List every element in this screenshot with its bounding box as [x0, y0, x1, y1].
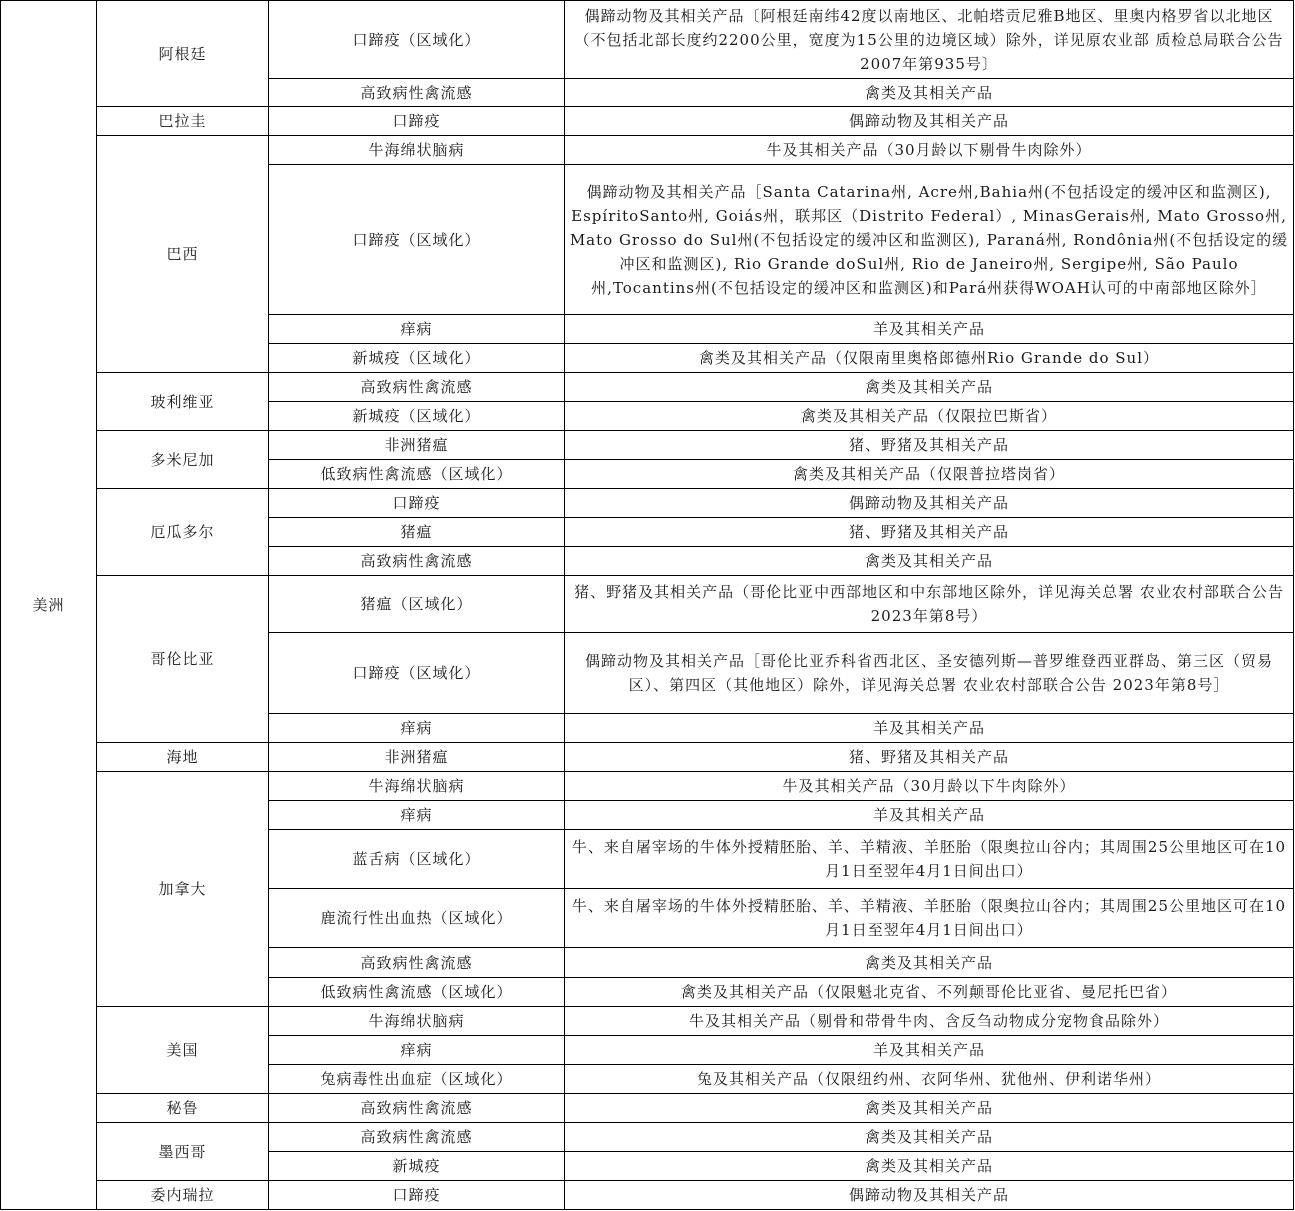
disease-cell: 高致病性禽流感 [269, 948, 565, 978]
disease-cell: 口蹄疫 [269, 1181, 565, 1210]
table-row: 巴西 牛海绵状脑病 牛及其相关产品（30月龄以下剔骨牛肉除外） [1, 136, 1294, 165]
disease-cell: 牛海绵状脑病 [269, 136, 565, 165]
products-cell: 羊及其相关产品 [565, 315, 1294, 344]
disease-cell: 口蹄疫 [269, 489, 565, 518]
products-cell: 禽类及其相关产品 [565, 1123, 1294, 1152]
disease-cell: 痒病 [269, 315, 565, 344]
table-row: 哥伦比亚 猪瘟（区域化） 猪、野猪及其相关产品（哥伦比亚中西部地区和中东部地区除… [1, 576, 1294, 633]
disease-cell: 猪瘟 [269, 518, 565, 547]
disease-cell: 蓝舌病（区域化） [269, 830, 565, 889]
country-cell: 海地 [97, 743, 269, 772]
products-cell: 猪、野猪及其相关产品 [565, 431, 1294, 460]
products-cell: 牛及其相关产品（30月龄以下牛肉除外） [565, 772, 1294, 801]
disease-cell: 低致病性禽流感（区域化） [269, 460, 565, 489]
products-cell: 偶蹄动物及其相关产品 [565, 107, 1294, 136]
table-row: 海地 非洲猪瘟 猪、野猪及其相关产品 [1, 743, 1294, 772]
disease-cell: 口蹄疫（区域化） [269, 633, 565, 714]
table-row: 玻利维亚 高致病性禽流感 禽类及其相关产品 [1, 373, 1294, 402]
disease-cell: 高致病性禽流感 [269, 547, 565, 576]
products-cell: 偶蹄动物及其相关产品 [565, 489, 1294, 518]
country-cell: 巴拉圭 [97, 107, 269, 136]
disease-cell: 痒病 [269, 801, 565, 830]
products-cell: 偶蹄动物及其相关产品 [565, 1181, 1294, 1210]
disease-cell: 兔病毒性出血症（区域化） [269, 1065, 565, 1094]
disease-cell: 牛海绵状脑病 [269, 772, 565, 801]
products-cell: 禽类及其相关产品 [565, 948, 1294, 978]
products-cell: 禽类及其相关产品（仅限魁北克省、不列颠哥伦比亚省、曼尼托巴省） [565, 978, 1294, 1007]
country-cell: 委内瑞拉 [97, 1181, 269, 1210]
country-cell: 厄瓜多尔 [97, 489, 269, 576]
disease-cell: 高致病性禽流感 [269, 373, 565, 402]
table-row: 厄瓜多尔 口蹄疫 偶蹄动物及其相关产品 [1, 489, 1294, 518]
products-cell: 猪、野猪及其相关产品 [565, 518, 1294, 547]
country-cell: 美国 [97, 1007, 269, 1094]
disease-cell: 高致病性禽流感 [269, 1123, 565, 1152]
country-cell: 巴西 [97, 136, 269, 373]
products-cell: 禽类及其相关产品 [565, 79, 1294, 107]
disease-cell: 猪瘟（区域化） [269, 576, 565, 633]
disease-cell: 痒病 [269, 1036, 565, 1065]
products-cell: 牛、来自屠宰场的牛体外授精胚胎、羊、羊精液、羊胚胎（限奥拉山谷内；其周围25公里… [565, 889, 1294, 948]
products-cell: 禽类及其相关产品 [565, 1152, 1294, 1181]
products-cell: 禽类及其相关产品 [565, 547, 1294, 576]
products-cell: 牛、来自屠宰场的牛体外授精胚胎、羊、羊精液、羊胚胎（限奥拉山谷内；其周围25公里… [565, 830, 1294, 889]
products-cell: 禽类及其相关产品（仅限拉巴斯省） [565, 402, 1294, 431]
country-cell: 哥伦比亚 [97, 576, 269, 743]
products-cell: 禽类及其相关产品 [565, 373, 1294, 402]
products-cell: 偶蹄动物及其相关产品［哥伦比亚乔科省西北区、圣安德列斯—普罗维登西亚群岛、第三区… [565, 633, 1294, 714]
products-cell: 禽类及其相关产品（仅限普拉塔岗省） [565, 460, 1294, 489]
products-cell: 猪、野猪及其相关产品 [565, 743, 1294, 772]
disease-cell: 鹿流行性出血热（区域化） [269, 889, 565, 948]
table-row: 秘鲁 高致病性禽流感 禽类及其相关产品 [1, 1094, 1294, 1123]
products-cell: 兔及其相关产品（仅限纽约州、衣阿华州、犹他州、伊利诺华州） [565, 1065, 1294, 1094]
products-cell: 偶蹄动物及其相关产品［Santa Catarina州, Acre州,Bahia州… [565, 165, 1294, 315]
disease-cell: 新城疫 [269, 1152, 565, 1181]
disease-cell: 口蹄疫（区域化） [269, 1, 565, 79]
products-cell: 禽类及其相关产品 [565, 1094, 1294, 1123]
disease-import-restriction-table: 美洲 阿根廷 口蹄疫（区域化） 偶蹄动物及其相关产品〔阿根廷南纬42度以南地区、… [0, 0, 1294, 1210]
country-cell: 加拿大 [97, 772, 269, 1007]
disease-cell: 高致病性禽流感 [269, 79, 565, 107]
table-row: 委内瑞拉 口蹄疫 偶蹄动物及其相关产品 [1, 1181, 1294, 1210]
table-row: 墨西哥 高致病性禽流感 禽类及其相关产品 [1, 1123, 1294, 1152]
disease-cell: 痒病 [269, 714, 565, 743]
table-row: 美国 牛海绵状脑病 牛及其相关产品（剔骨和带骨牛肉、含反刍动物成分宠物食品除外） [1, 1007, 1294, 1036]
products-cell: 牛及其相关产品（剔骨和带骨牛肉、含反刍动物成分宠物食品除外） [565, 1007, 1294, 1036]
table-row: 多米尼加 非洲猪瘟 猪、野猪及其相关产品 [1, 431, 1294, 460]
products-cell: 禽类及其相关产品（仅限南里奥格郎德州Rio Grande do Sul） [565, 344, 1294, 373]
region-cell: 美洲 [1, 1, 97, 1210]
products-cell: 羊及其相关产品 [565, 714, 1294, 743]
disease-cell: 低致病性禽流感（区域化） [269, 978, 565, 1007]
products-cell: 猪、野猪及其相关产品（哥伦比亚中西部地区和中东部地区除外，详见海关总署 农业农村… [565, 576, 1294, 633]
products-cell: 偶蹄动物及其相关产品〔阿根廷南纬42度以南地区、北帕塔贡尼雅B地区、里奥内格罗省… [565, 1, 1294, 79]
disease-cell: 非洲猪瘟 [269, 431, 565, 460]
country-cell: 多米尼加 [97, 431, 269, 489]
products-cell: 牛及其相关产品（30月龄以下剔骨牛肉除外） [565, 136, 1294, 165]
table-row: 加拿大 牛海绵状脑病 牛及其相关产品（30月龄以下牛肉除外） [1, 772, 1294, 801]
disease-cell: 口蹄疫（区域化） [269, 165, 565, 315]
table-row: 巴拉圭 口蹄疫 偶蹄动物及其相关产品 [1, 107, 1294, 136]
country-cell: 阿根廷 [97, 1, 269, 107]
products-cell: 羊及其相关产品 [565, 801, 1294, 830]
disease-cell: 牛海绵状脑病 [269, 1007, 565, 1036]
disease-cell: 新城疫（区域化） [269, 344, 565, 373]
disease-cell: 非洲猪瘟 [269, 743, 565, 772]
disease-cell: 高致病性禽流感 [269, 1094, 565, 1123]
products-cell: 羊及其相关产品 [565, 1036, 1294, 1065]
country-cell: 墨西哥 [97, 1123, 269, 1181]
country-cell: 秘鲁 [97, 1094, 269, 1123]
disease-cell: 新城疫（区域化） [269, 402, 565, 431]
disease-cell: 口蹄疫 [269, 107, 565, 136]
country-cell: 玻利维亚 [97, 373, 269, 431]
table-row: 美洲 阿根廷 口蹄疫（区域化） 偶蹄动物及其相关产品〔阿根廷南纬42度以南地区、… [1, 1, 1294, 79]
